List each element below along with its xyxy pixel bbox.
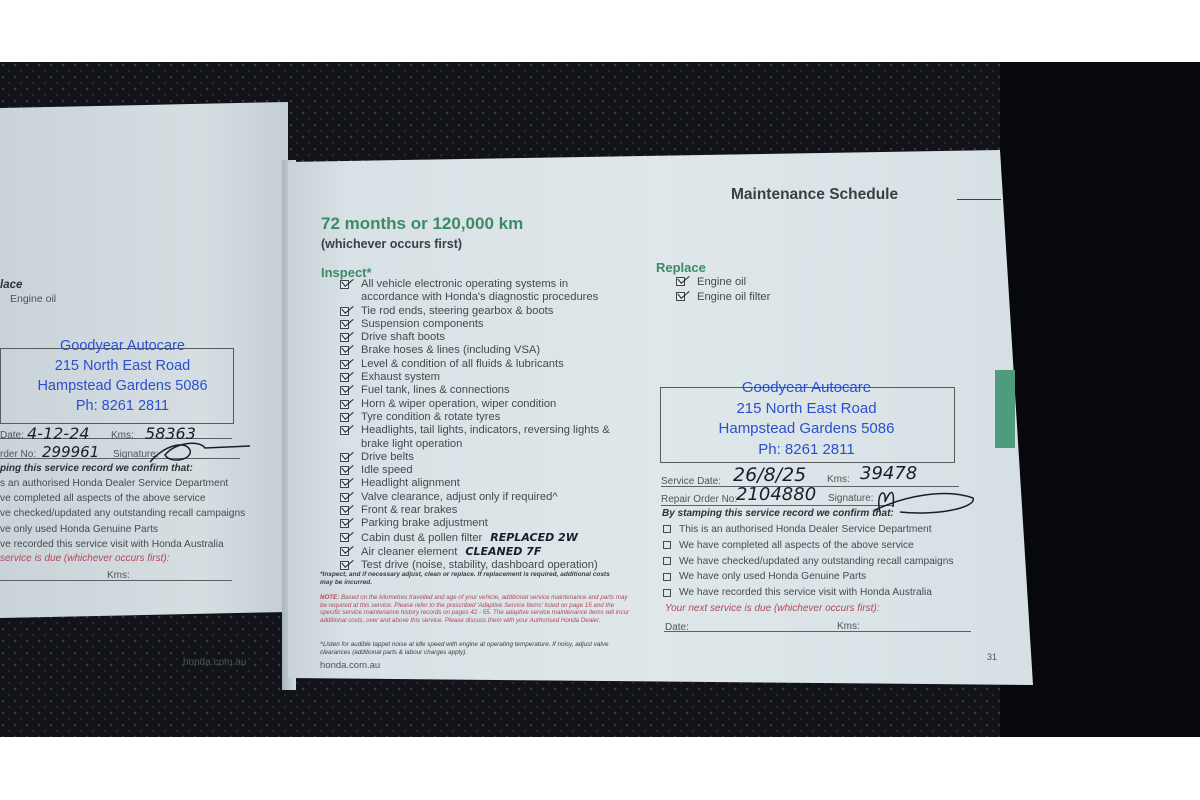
checked-box-icon[interactable] xyxy=(340,373,349,382)
interval-title: 72 months or 120,000 km xyxy=(321,214,523,234)
checklist-item-label: Drive belts xyxy=(361,451,414,463)
dark-background-right xyxy=(1000,62,1200,737)
checkbox-icon[interactable] xyxy=(663,541,671,549)
checklist-item-label: Drive shaft boots xyxy=(361,331,445,343)
checklist-item-label: Tie rod ends, steering gearbox & boots xyxy=(361,305,553,317)
checklist-item: All vehicle electronic operating systems… xyxy=(335,278,635,305)
checked-box-icon[interactable] xyxy=(340,320,349,329)
repair-order-line xyxy=(661,505,893,506)
checklist-item: Brake hoses & lines (including VSA) xyxy=(335,344,635,357)
page-number: 31 xyxy=(987,652,997,662)
checklist-item-label: Idle speed xyxy=(361,464,413,476)
checklist-item: Tie rod ends, steering gearbox & boots xyxy=(335,305,635,318)
checklist-item-label: Tyre condition & rotate tyres xyxy=(361,411,500,423)
checkbox-icon[interactable] xyxy=(663,573,671,581)
checked-box-icon[interactable] xyxy=(340,346,349,355)
confirm-item: ve only used Honda Genuine Parts xyxy=(0,522,245,537)
checklist-item-label: Suspension components xyxy=(361,318,484,330)
checklist-item-label: Test drive (noise, stability, dashboard … xyxy=(361,559,598,571)
checklist-item-label: Headlights, tail lights, indicators, rev… xyxy=(361,424,610,436)
next-kms-label: Kms: xyxy=(837,621,860,632)
checked-box-icon[interactable] xyxy=(676,292,685,301)
repair-order-label: Repair Order No: xyxy=(661,494,737,505)
header-rule xyxy=(957,199,1001,200)
confirm-item: This is an authorised Honda Dealer Servi… xyxy=(663,522,983,538)
checkbox-icon[interactable] xyxy=(663,557,671,565)
adaptive-note: NOTE: Based on the kilometres travelled … xyxy=(320,594,632,625)
checklist-item: Cabin dust & pollen filterREPLACED 2W xyxy=(335,531,635,545)
checklist-item: Engine oil xyxy=(671,275,871,290)
checklist-item: Engine oil filter xyxy=(671,290,871,305)
checklist-item-label: Exhaust system xyxy=(361,371,440,383)
checkbox-icon[interactable] xyxy=(663,589,671,597)
stamp-line: Goodyear Autocare xyxy=(660,378,953,399)
checked-box-icon[interactable] xyxy=(340,547,349,556)
repair-order-value: 2104880 xyxy=(736,484,816,505)
left-date-value: 4-12-24 xyxy=(27,424,89,443)
checklist-item: Front & rear brakes xyxy=(335,504,635,517)
checklist-item: Headlight alignment xyxy=(335,477,635,490)
checked-box-icon[interactable] xyxy=(340,280,349,289)
next-service-line xyxy=(664,631,971,632)
checklist-item-label: Brake hoses & lines (including VSA) xyxy=(361,344,540,356)
confirm-item-label: We have checked/updated any outstanding … xyxy=(679,556,954,567)
checklist-item: Drive belts xyxy=(335,451,635,464)
checklist-item-label: Level & condition of all fluids & lubric… xyxy=(361,358,564,370)
replace-heading: Replace xyxy=(656,260,706,275)
service-kms-value: 39478 xyxy=(860,463,917,484)
checked-box-icon[interactable] xyxy=(340,386,349,395)
checklist-item-label: Valve clearance, adjust only if required… xyxy=(361,491,558,503)
checklist-item: Air cleaner elementCLEANED 7F xyxy=(335,545,635,559)
inspect-checklist: All vehicle electronic operating systems… xyxy=(335,278,635,573)
left-footer-url: honda.com.au xyxy=(183,657,246,668)
left-next-kms-label: Kms: xyxy=(107,570,130,581)
left-replace-item: Engine oil xyxy=(10,293,56,305)
checked-box-icon[interactable] xyxy=(340,453,349,462)
replace-checklist: Engine oilEngine oil filter xyxy=(671,275,871,305)
checked-box-icon[interactable] xyxy=(340,307,349,316)
service-kms-label: Kms: xyxy=(827,474,850,485)
handwritten-note: CLEANED 7F xyxy=(465,545,541,558)
section-tab-marker xyxy=(995,370,1015,448)
left-replace-heading: lace xyxy=(0,279,22,291)
page-header-title: Maintenance Schedule xyxy=(731,186,898,204)
handwritten-note: REPLACED 2W xyxy=(490,531,578,544)
checked-box-icon[interactable] xyxy=(340,533,349,542)
stamp-line: Ph: 8261 2811 xyxy=(0,396,245,416)
checklist-item-label: Fuel tank, lines & connections xyxy=(361,384,510,396)
stamp-line: Hampstead Gardens 5086 xyxy=(660,419,953,440)
checklist-item-label: All vehicle electronic operating systems… xyxy=(361,278,568,290)
checklist-item: Level & condition of all fluids & lubric… xyxy=(335,358,635,371)
checklist-item: Exhaust system xyxy=(335,371,635,384)
left-next-service-label: service is due (whichever occurs first): xyxy=(0,553,170,564)
checked-box-icon[interactable] xyxy=(340,519,349,528)
stamp-line: 215 North East Road xyxy=(0,356,245,376)
confirm-item: We have completed all aspects of the abo… xyxy=(663,538,983,554)
checklist-item: Horn & wiper operation, wiper condition xyxy=(335,398,635,411)
left-confirm-list: s an authorised Honda Dealer Service Dep… xyxy=(0,476,245,552)
checklist-item-label-continued: accordance with Honda's diagnostic proce… xyxy=(361,291,635,304)
checklist-item: Idle speed xyxy=(335,464,635,477)
checked-box-icon[interactable] xyxy=(340,493,349,502)
right-confirm-heading: By stamping this service record we confi… xyxy=(662,508,894,519)
confirm-item-label: This is an authorised Honda Dealer Servi… xyxy=(679,524,932,535)
checked-box-icon[interactable] xyxy=(340,561,349,570)
confirm-item-label: We have only used Honda Genuine Parts xyxy=(679,571,866,582)
right-footer-url: honda.com.au xyxy=(320,660,380,671)
left-dealer-stamp: Goodyear Autocare 215 North East Road Ha… xyxy=(0,336,245,416)
checklist-item: Fuel tank, lines & connections xyxy=(335,384,635,397)
checklist-item-label-continued: brake light operation xyxy=(361,438,635,451)
left-order-label: rder No: xyxy=(0,449,36,460)
confirm-item: We have only used Honda Genuine Parts xyxy=(663,569,983,585)
confirm-item: We have checked/updated any outstanding … xyxy=(663,554,983,570)
service-date-value: 26/8/25 xyxy=(733,464,806,486)
confirm-item: ve checked/updated any outstanding recal… xyxy=(0,506,245,521)
confirm-item: s an authorised Honda Dealer Service Dep… xyxy=(0,476,245,491)
checklist-item-label: Air cleaner element xyxy=(361,546,457,558)
left-kms-label: Kms: xyxy=(111,430,134,441)
checklist-item-label: Front & rear brakes xyxy=(361,504,457,516)
checked-box-icon[interactable] xyxy=(340,466,349,475)
confirm-item: We have recorded this service visit with… xyxy=(663,585,983,601)
confirm-item-label: We have recorded this service visit with… xyxy=(679,587,932,598)
checked-box-icon[interactable] xyxy=(340,413,349,422)
stamp-line: Ph: 8261 2811 xyxy=(660,440,953,461)
checked-box-icon[interactable] xyxy=(340,479,349,488)
confirm-item: ve recorded this service visit with Hond… xyxy=(0,537,245,552)
checked-box-icon[interactable] xyxy=(340,333,349,342)
stamp-line: Hampstead Gardens 5086 xyxy=(0,376,245,396)
right-dealer-stamp: Goodyear Autocare 215 North East Road Ha… xyxy=(660,378,953,460)
note-text: Based on the kilometres travelled and ag… xyxy=(320,594,629,624)
checklist-item: Valve clearance, adjust only if required… xyxy=(335,491,635,504)
right-confirm-list: This is an authorised Honda Dealer Servi… xyxy=(663,522,983,601)
next-service-label: Your next service is due (whichever occu… xyxy=(665,603,880,614)
checklist-item: Suspension components xyxy=(335,318,635,331)
checklist-item: Drive shaft boots xyxy=(335,331,635,344)
stamp-line: 215 North East Road xyxy=(660,399,953,420)
checklist-item-label: Horn & wiper operation, wiper condition xyxy=(361,398,556,410)
inspect-footnote: *Inspect, and if necessary adjust, clean… xyxy=(320,571,620,587)
checklist-item-label: Engine oil xyxy=(697,276,746,288)
checked-box-icon[interactable] xyxy=(340,400,349,409)
checklist-item: Parking brake adjustment xyxy=(335,517,635,530)
checklist-item: Headlights, tail lights, indicators, rev… xyxy=(335,424,635,451)
next-date-label: Date: xyxy=(665,622,689,633)
checked-box-icon[interactable] xyxy=(676,277,685,286)
checked-box-icon[interactable] xyxy=(340,360,349,369)
checked-box-icon[interactable] xyxy=(340,506,349,515)
checklist-item: Tyre condition & rotate tyres xyxy=(335,411,635,424)
confirm-item: ve completed all aspects of the above se… xyxy=(0,491,245,506)
left-order-value: 299961 xyxy=(42,443,99,461)
left-confirm-heading: ping this service record we confirm that… xyxy=(0,463,193,474)
confirm-item-label: We have completed all aspects of the abo… xyxy=(679,540,914,551)
checklist-item-label: Cabin dust & pollen filter xyxy=(361,532,482,544)
note-label: NOTE: xyxy=(320,594,339,601)
left-date-label: Date: xyxy=(0,430,24,441)
checklist-item-label: Parking brake adjustment xyxy=(361,517,488,529)
checkbox-icon[interactable] xyxy=(663,525,671,533)
checked-box-icon[interactable] xyxy=(340,426,349,435)
checklist-item-label: Headlight alignment xyxy=(361,477,460,489)
checklist-item-label: Engine oil filter xyxy=(697,291,770,303)
stamp-line: Goodyear Autocare xyxy=(0,336,245,356)
service-date-label: Service Date: xyxy=(661,476,721,487)
interval-subtitle: (whichever occurs first) xyxy=(321,237,462,251)
valve-footnote: ^Listen for audible tappet noise at idle… xyxy=(320,641,635,657)
